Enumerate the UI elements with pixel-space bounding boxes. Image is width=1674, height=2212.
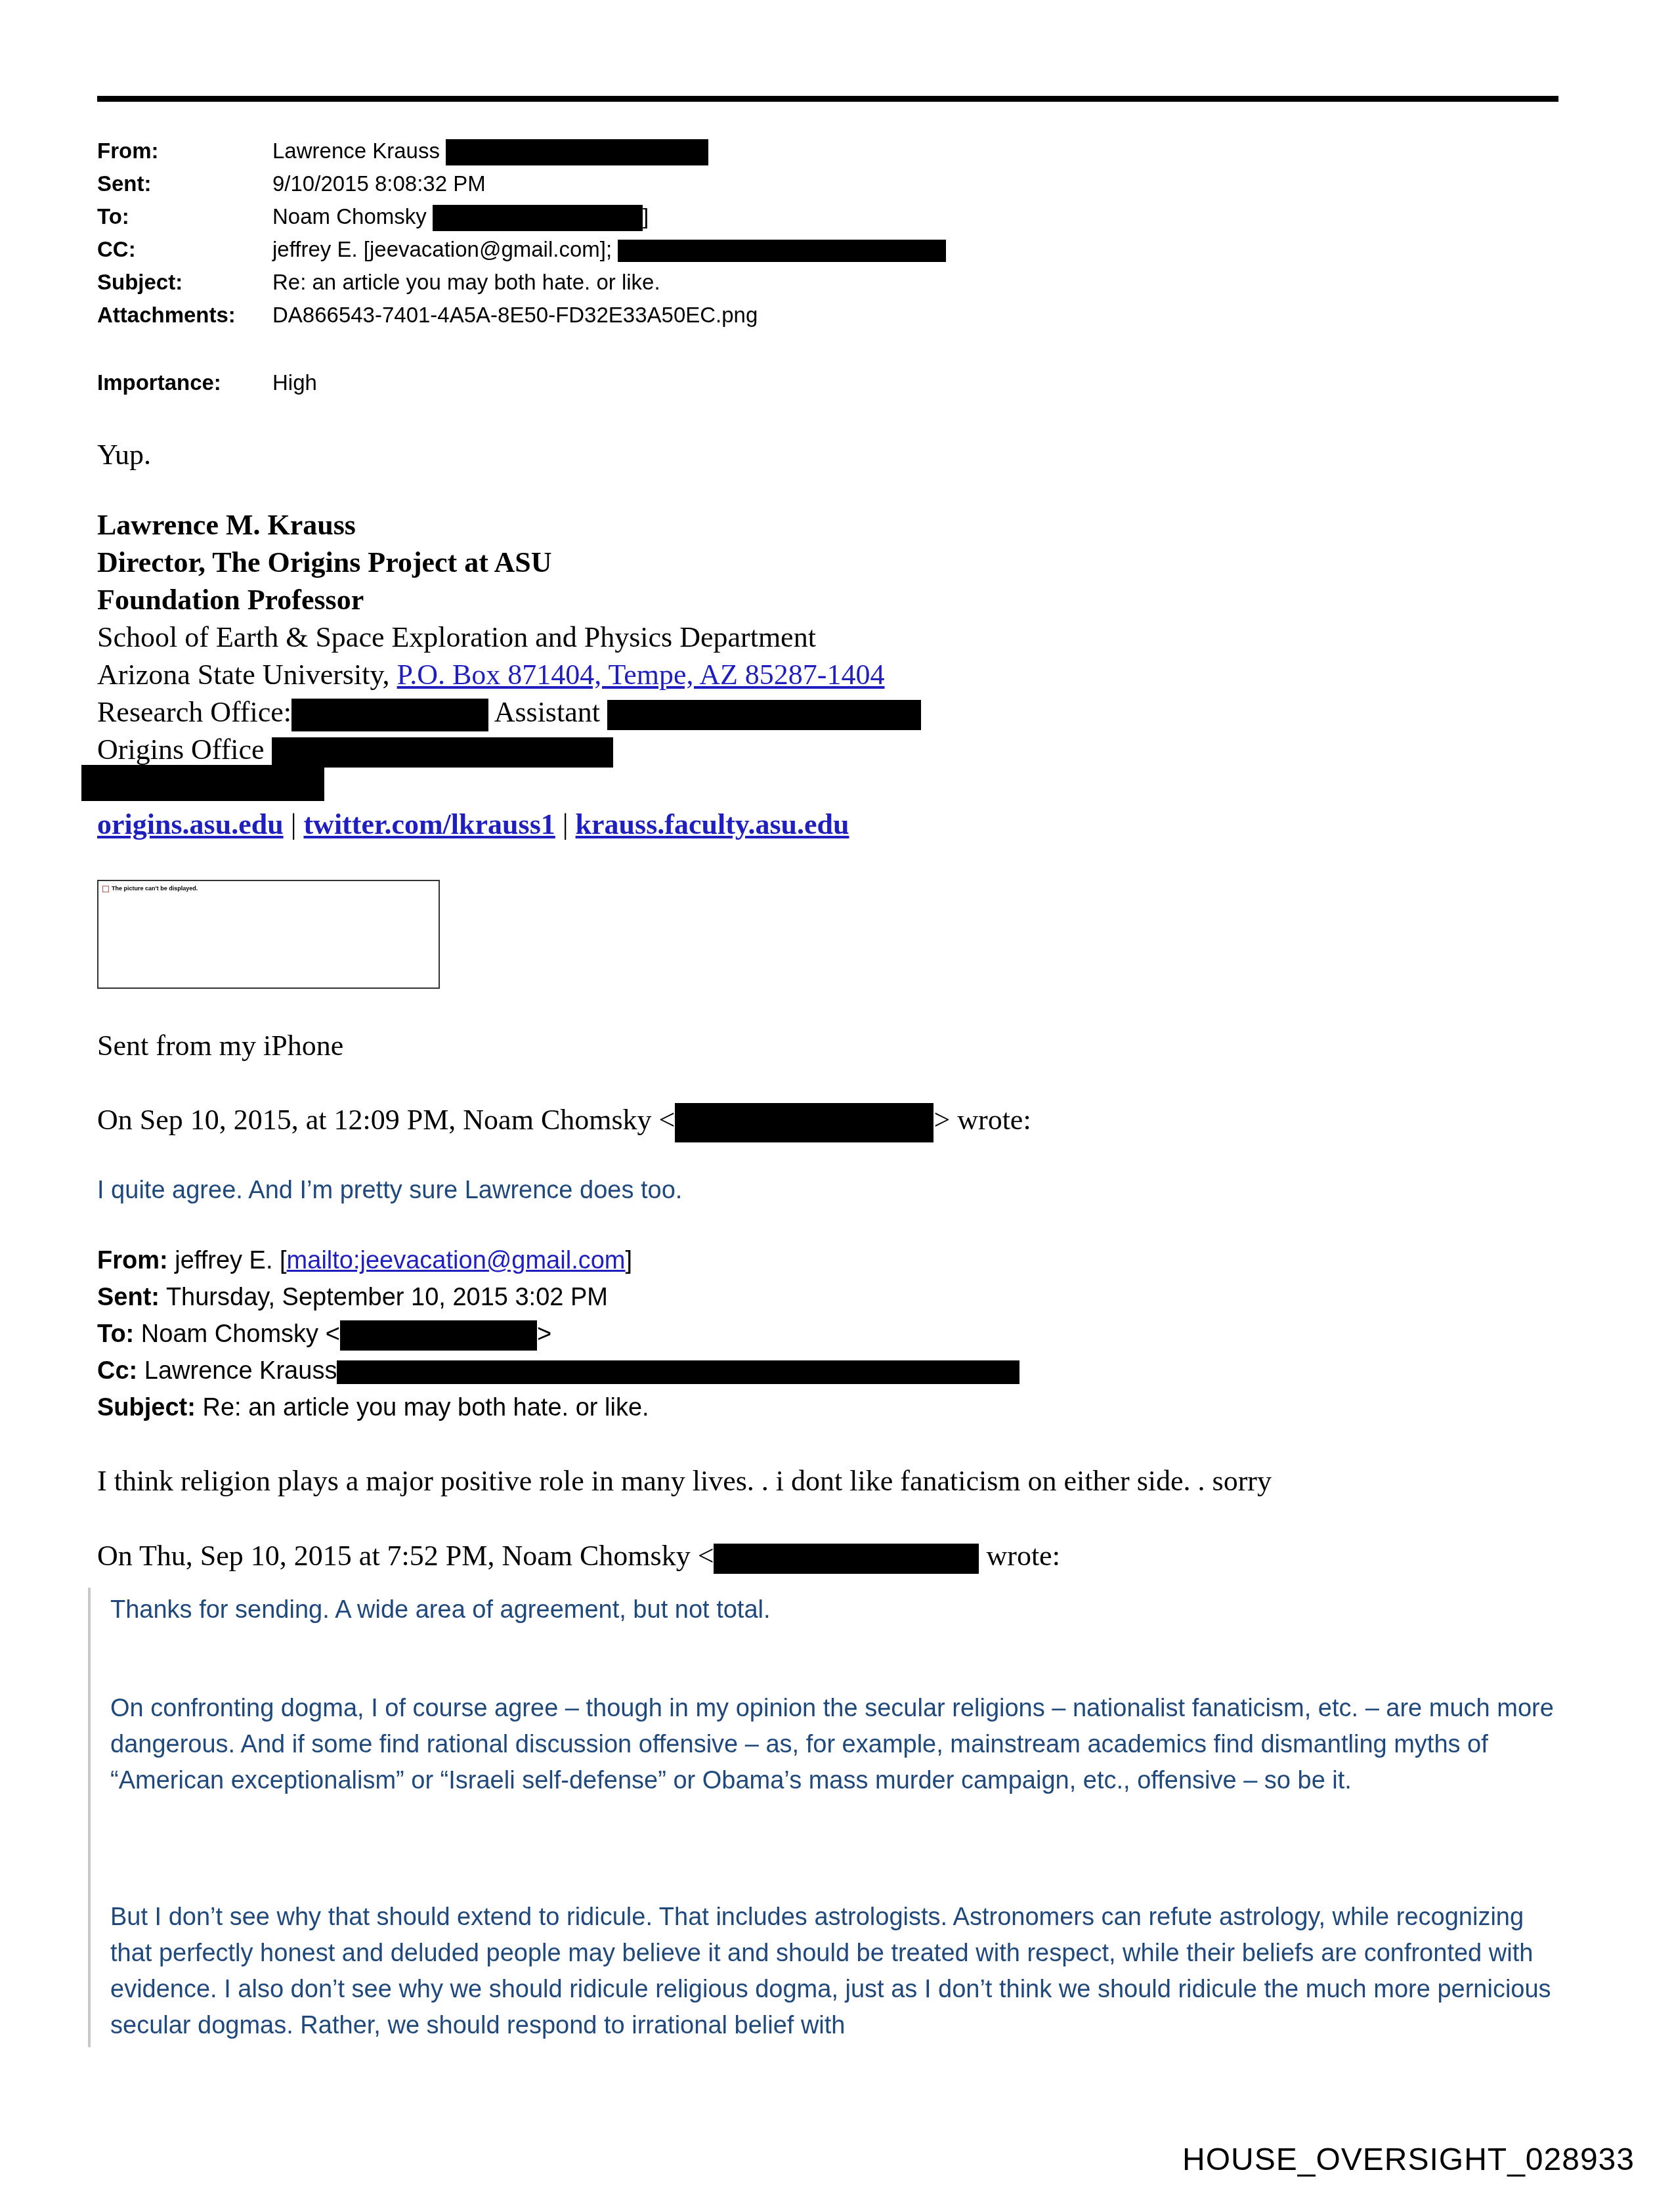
subject-label: Subject:: [97, 269, 182, 295]
redaction: [81, 765, 324, 801]
redaction: [272, 737, 613, 768]
redaction: [291, 699, 488, 731]
faculty-link[interactable]: krauss.faculty.asu.edu: [576, 808, 849, 840]
signature-links: origins.asu.edu | twitter.com/lkrauss1 |…: [97, 808, 849, 842]
broken-image-icon: [102, 886, 109, 892]
to-value: Noam Chomsky ]: [272, 204, 649, 231]
epstein-reply-body: I think religion plays a major positive …: [97, 1464, 1272, 1498]
importance-label: Importance:: [97, 370, 221, 396]
fwd-sent: Sent: Thursday, September 10, 2015 3:02 …: [97, 1283, 608, 1312]
attachment-link[interactable]: DA866543-7401-4A5A-8E50-FD32E33A50EC.png: [272, 302, 758, 328]
cc-label: CC:: [97, 236, 136, 263]
quote-bar: [88, 1588, 91, 2047]
signature-title: Director, The Origins Project at ASU: [97, 546, 552, 580]
redaction: [433, 205, 643, 231]
twitter-link[interactable]: twitter.com/lkrauss1: [303, 808, 555, 840]
address-link[interactable]: P.O. Box 871404, Tempe, AZ 85287-1404: [397, 659, 885, 691]
fwd-to: To: Noam Chomsky <>: [97, 1320, 551, 1351]
redaction: [618, 240, 946, 262]
from-label: From:: [97, 138, 159, 164]
redaction: [446, 139, 708, 165]
quote-paragraph: But I don’t see why that should extend t…: [110, 1899, 1555, 2044]
redaction: [340, 1320, 537, 1351]
redaction: [714, 1544, 979, 1574]
quote-paragraph: On confronting dogma, I of course agree …: [110, 1691, 1555, 1799]
signature-department: School of Earth & Space Exploration and …: [97, 620, 816, 655]
redaction: [607, 700, 921, 730]
fwd-subject: Subject: Re: an article you may both hat…: [97, 1393, 649, 1422]
original-attribution: On Thu, Sep 10, 2015 at 7:52 PM, Noam Ch…: [97, 1539, 1060, 1574]
sent-from-iphone: Sent from my iPhone: [97, 1029, 343, 1063]
quote-paragraph: Thanks for sending. A wide area of agree…: [110, 1592, 1555, 1628]
from-value: Lawrence Krauss: [272, 138, 708, 165]
fwd-from: From: jeffrey E. [mailto:jeevacation@gma…: [97, 1246, 632, 1275]
attachments-label: Attachments:: [97, 302, 236, 328]
mailto-link[interactable]: mailto:jeevacation@gmail.com: [287, 1247, 626, 1274]
signature-title-2: Foundation Professor: [97, 583, 364, 617]
top-rule: [97, 96, 1558, 102]
signature-phones: Research Office: Assistant: [97, 695, 921, 731]
redaction: [337, 1360, 1019, 1384]
subject-value: Re: an article you may both hate. or lik…: [272, 269, 660, 295]
chomsky-attribution: On Sep 10, 2015, at 12:09 PM, Noam Choms…: [97, 1103, 1031, 1142]
fwd-cc: Cc: Lawrence Krauss: [97, 1356, 1019, 1385]
importance-value: High: [272, 370, 317, 396]
redaction: [675, 1103, 934, 1142]
bates-number: HOUSE_OVERSIGHT_028933: [1182, 2142, 1635, 2178]
signature-name: Lawrence M. Krauss: [97, 508, 356, 542]
cc-value: jeffrey E. [jeevacation@gmail.com];: [272, 236, 946, 263]
to-label: To:: [97, 204, 129, 230]
signature-origins-office: Origins Office: [97, 733, 613, 768]
broken-image-placeholder: The picture can't be displayed.: [97, 880, 440, 989]
signature-address: Arizona State University, P.O. Box 87140…: [97, 658, 884, 692]
origins-link[interactable]: origins.asu.edu: [97, 808, 284, 840]
sent-label: Sent:: [97, 171, 152, 197]
reply-body: Yup.: [97, 438, 151, 472]
sent-value: 9/10/2015 8:08:32 PM: [272, 171, 486, 197]
chomsky-reply-body: I quite agree. And I’m pretty sure Lawre…: [97, 1177, 682, 1205]
